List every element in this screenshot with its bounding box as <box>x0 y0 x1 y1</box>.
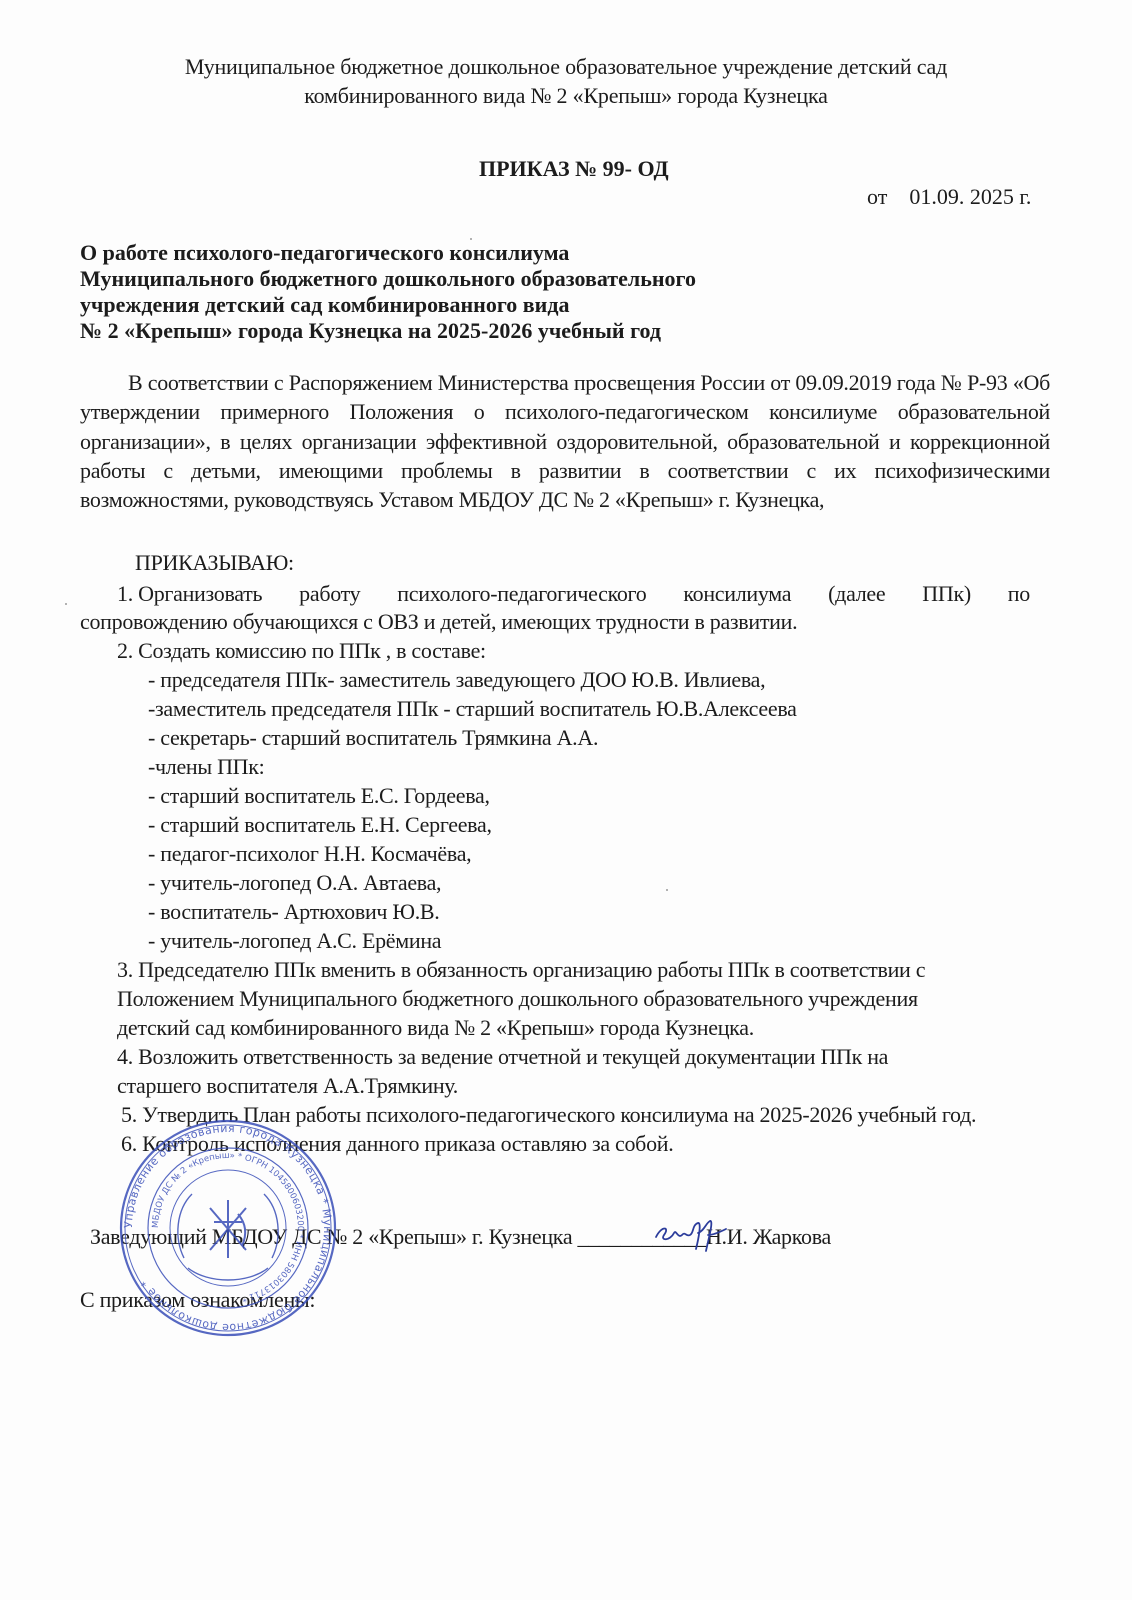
item-3-line: Положением Муниципального бюджетного дош… <box>117 986 918 1012</box>
subject-line: № 2 «Крепыш» города Кузнецка на 2025-202… <box>80 318 696 344</box>
item-2-heading: 2. Создать комиссию по ППк , в составе: <box>117 638 486 664</box>
order-title: ПРИКАЗ № 99- ОД <box>479 156 669 182</box>
item-3-line: детский сад комбинированного вида № 2 «К… <box>117 1015 754 1041</box>
scan-speck <box>65 603 67 605</box>
organization-name-line-1: Муниципальное бюджетное дошкольное образ… <box>0 52 1132 81</box>
item-5: 5. Утвердить План работы психолого-педаг… <box>121 1102 976 1128</box>
subject-line: учреждения детский сад комбинированного … <box>80 292 696 318</box>
member-item: - председателя ППк- заместитель заведующ… <box>148 667 765 693</box>
item-3-line: 3. Председателю ППк вменить в обязанност… <box>117 957 925 983</box>
member-item: - учитель-логопед О.А. Автаева, <box>148 870 441 896</box>
scan-speck <box>666 889 668 891</box>
member-item: - воспитатель- Артюхович Ю.В. <box>148 899 439 925</box>
organization-name-line-2: комбинированного вида № 2 «Крепыш» город… <box>0 81 1132 110</box>
decree-word: ПРИКАЗЫВАЮ: <box>135 550 294 576</box>
member-item: - секретарь- старший воспитатель Трямкин… <box>148 725 598 751</box>
subject-line: Муниципального бюджетного дошкольного об… <box>80 266 696 292</box>
subject-line: О работе психолого-педагогического конси… <box>80 240 696 266</box>
member-item: - старший воспитатель Е.С. Гордеева, <box>148 783 490 809</box>
organization-header: Муниципальное бюджетное дошкольное образ… <box>0 52 1132 110</box>
scan-speck <box>470 238 472 240</box>
signatory-name: Н.И. Жаркова <box>706 1224 831 1249</box>
item-4-line: старшего воспитателя А.А.Трямкину. <box>117 1073 458 1099</box>
order-date-prefix: от <box>867 184 887 209</box>
member-item: - учитель-логопед А.С. Ерёмина <box>148 928 441 954</box>
order-date: 01.09. 2025 г. <box>909 184 1031 209</box>
document-page: Муниципальное бюджетное дошкольное образ… <box>0 0 1132 1600</box>
signature-blank: ____________ <box>578 1224 706 1249</box>
member-item: - педагог-психолог Н.Н. Космачёва, <box>148 841 471 867</box>
item-6: 6. Контроль исполнения данного приказа о… <box>121 1131 673 1157</box>
member-item: -члены ППк: <box>148 754 264 780</box>
acknowledgement-label: С приказом ознакомлены: <box>80 1287 315 1313</box>
item-1-line-2: сопровождению обучающихся с ОВЗ и детей,… <box>80 609 797 635</box>
item-1-line-1: 1. Организовать работу психолого-педагог… <box>117 581 1030 607</box>
preamble-paragraph: В соответствии с Распоряжением Министерс… <box>80 368 1050 514</box>
order-date-line: от01.09. 2025 г. <box>867 184 1031 210</box>
member-item: - старший воспитатель Е.Н. Сергеева, <box>148 812 492 838</box>
order-subject: О работе психолого-педагогического конси… <box>80 240 696 344</box>
member-item: -заместитель председателя ППк - старший … <box>148 696 797 722</box>
item-4-line: 4. Возложить ответственность за ведение … <box>117 1044 888 1070</box>
signatory-position: Заведующий МБДОУ ДС № 2 «Крепыш» г. Кузн… <box>90 1224 572 1249</box>
signature-line: Заведующий МБДОУ ДС № 2 «Крепыш» г. Кузн… <box>90 1224 831 1250</box>
